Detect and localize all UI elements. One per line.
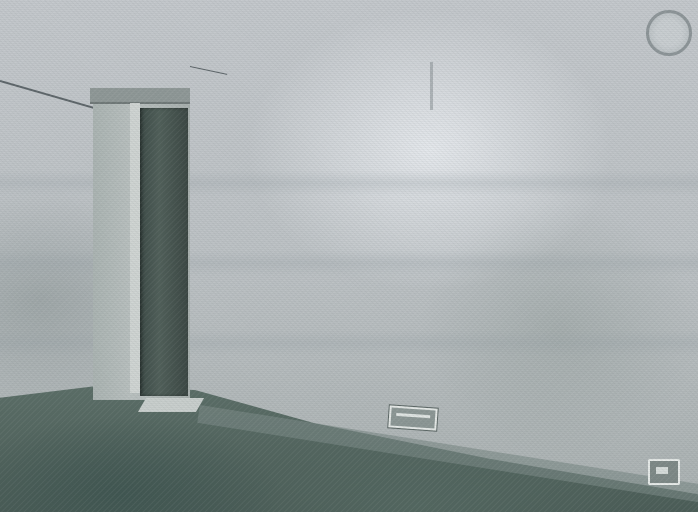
- door-lintel: [90, 88, 190, 104]
- wall-outlet-icon: [648, 459, 680, 485]
- overhead-wire: [0, 80, 96, 109]
- round-vent-icon: [646, 10, 692, 56]
- doorway: [140, 108, 188, 396]
- door-jamb: [130, 103, 140, 393]
- floor-vent-icon: [388, 405, 437, 430]
- wire-bracket: [190, 66, 227, 75]
- wall-mark: [430, 62, 433, 110]
- photo-scene: [0, 0, 698, 512]
- door-step: [138, 398, 204, 412]
- ground: [0, 385, 698, 512]
